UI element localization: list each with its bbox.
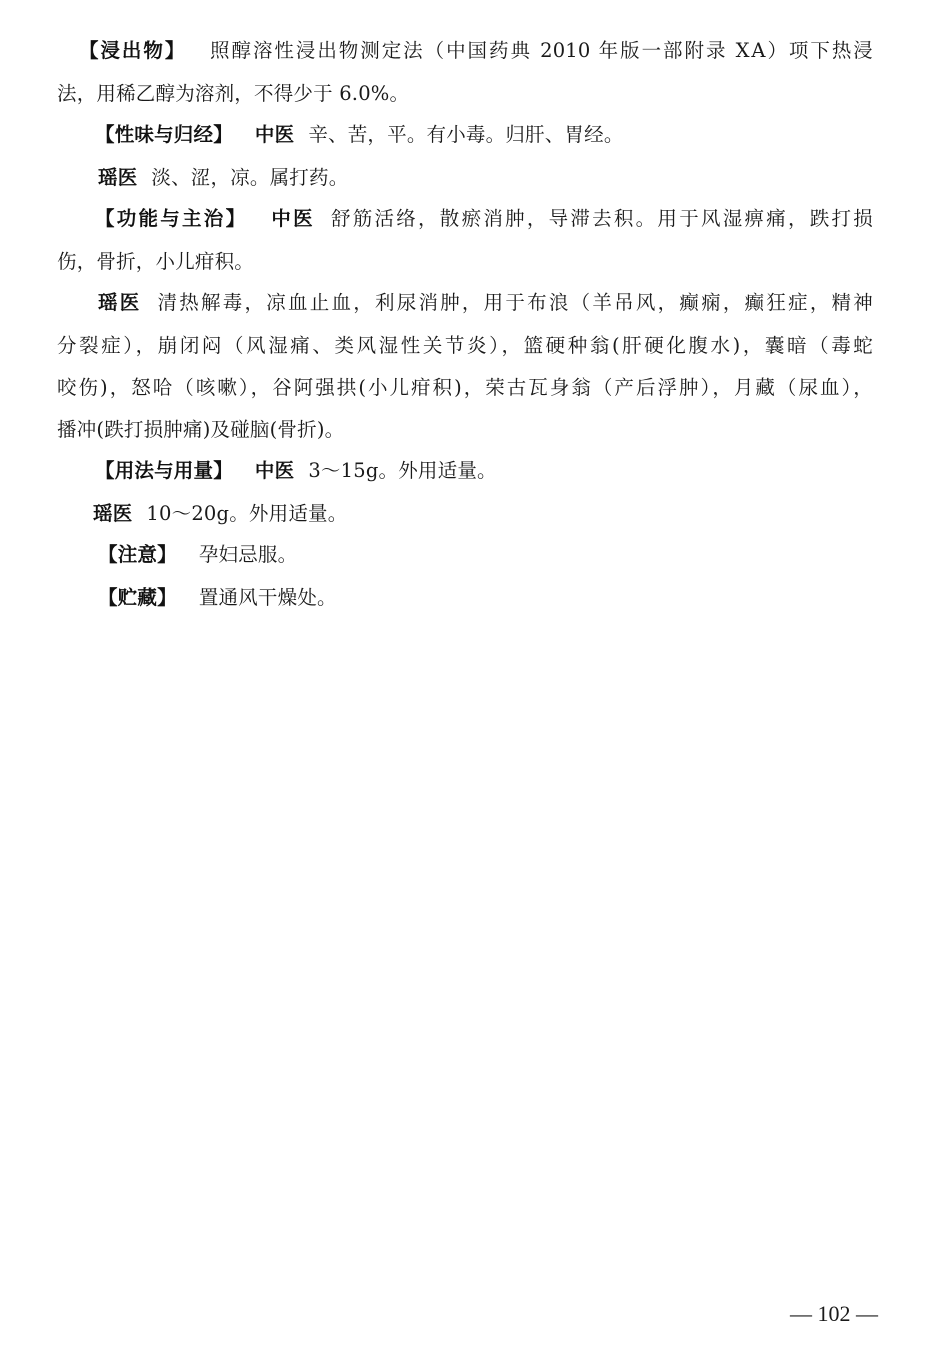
yao-label: 瑶医	[93, 502, 132, 525]
function-tcm-text-2: 伤，骨折，小儿疳积。	[57, 250, 254, 273]
tcm-label: 中医	[255, 459, 294, 482]
caution-line: 【注意】孕妇忌服。	[57, 542, 914, 568]
yao-label: 瑶医	[98, 166, 137, 189]
nature-meridian-tcm-line: 【性味与归经】中医辛、苦，平。有小毒。归肝、胃经。	[57, 122, 911, 148]
yao-label: 瑶医	[98, 291, 142, 314]
tcm-label: 中医	[255, 123, 294, 146]
function-tcm-text-1: 舒筋活络，散瘀消肿，导滞去积。用于风湿痹痛，跌打损	[329, 207, 873, 230]
storage-line: 【贮藏】置通风干燥处。	[57, 585, 914, 611]
function-yao-line-2: 分裂症），崩闭闷（风湿痛、类风湿性关节炎），篮硬种翁(肝硬化腹水)，囊暗（毒蛇	[57, 333, 873, 359]
usage-tcm-text: 3～15g。外用适量。	[308, 459, 496, 482]
usage-yao-line: 瑶医10～20g。外用适量。	[57, 501, 909, 527]
function-yao-line-4: 播冲(跌打损肿痛)及碰脑(骨折)。	[57, 417, 873, 443]
storage-heading: 【贮藏】	[98, 586, 177, 609]
extract-text-1: 照醇溶性浸出物测定法（中国药典 2010 年版一部附录 ⅩA）项下热浸	[208, 39, 873, 62]
function-yao-line-3: 咬伤)，怒哈（咳嗽），谷阿强拱(小儿疳积)，荣古瓦身翁（产后浮肿），月藏（尿血）…	[57, 375, 873, 401]
tcm-label: 中医	[269, 207, 315, 230]
caution-text: 孕妇忌服。	[199, 543, 298, 566]
function-heading: 【功能与主治】	[95, 207, 247, 230]
function-tcm-line-1: 【功能与主治】中医舒筋活络，散瘀消肿，导滞去积。用于风湿痹痛，跌打损	[57, 206, 873, 232]
extract-text-2: 法，用稀乙醇为溶剂，不得少于 6.0%。	[57, 82, 409, 105]
usage-yao-text: 10～20g。外用适量。	[146, 502, 347, 525]
extract-line-1: 【浸出物】照醇溶性浸出物测定法（中国药典 2010 年版一部附录 ⅩA）项下热浸	[57, 38, 873, 64]
extract-heading: 【浸出物】	[79, 39, 186, 62]
function-yao-text-2: 分裂症），崩闭闷（风湿痛、类风湿性关节炎），篮硬种翁(肝硬化腹水)，囊暗（毒蛇	[57, 334, 873, 357]
storage-text: 置通风干燥处。	[199, 586, 337, 609]
usage-tcm-line: 【用法与用量】中医3～15g。外用适量。	[57, 458, 911, 484]
function-tcm-line-2: 伤，骨折，小儿疳积。	[57, 249, 873, 275]
function-yao-text-4: 播冲(跌打损肿痛)及碰脑(骨折)。	[57, 418, 344, 441]
extract-line-2: 法，用稀乙醇为溶剂，不得少于 6.0%。	[57, 81, 873, 107]
nature-meridian-heading: 【性味与归经】	[95, 123, 233, 146]
nature-meridian-yao-text: 淡、涩，凉。属打药。	[151, 166, 348, 189]
page-number: — 102 —	[790, 1300, 878, 1328]
nature-meridian-yao-line: 瑶医淡、涩，凉。属打药。	[57, 165, 914, 191]
usage-heading: 【用法与用量】	[95, 459, 233, 482]
function-yao-text-1: 清热解毒，凉血止血，利尿消肿，用于布浪（羊吊风，癫痫，癫狂症，精神	[156, 291, 874, 314]
nature-meridian-tcm-text: 辛、苦，平。有小毒。归肝、胃经。	[308, 123, 623, 146]
caution-heading: 【注意】	[98, 543, 177, 566]
document-page: 【浸出物】照醇溶性浸出物测定法（中国药典 2010 年版一部附录 ⅩA）项下热浸…	[0, 0, 927, 1353]
function-yao-line-1: 瑶医清热解毒，凉血止血，利尿消肿，用于布浪（羊吊风，癫痫，癫狂症，精神	[57, 290, 873, 316]
function-yao-text-3: 咬伤)，怒哈（咳嗽），谷阿强拱(小儿疳积)，荣古瓦身翁（产后浮肿），月藏（尿血）…	[57, 376, 873, 399]
